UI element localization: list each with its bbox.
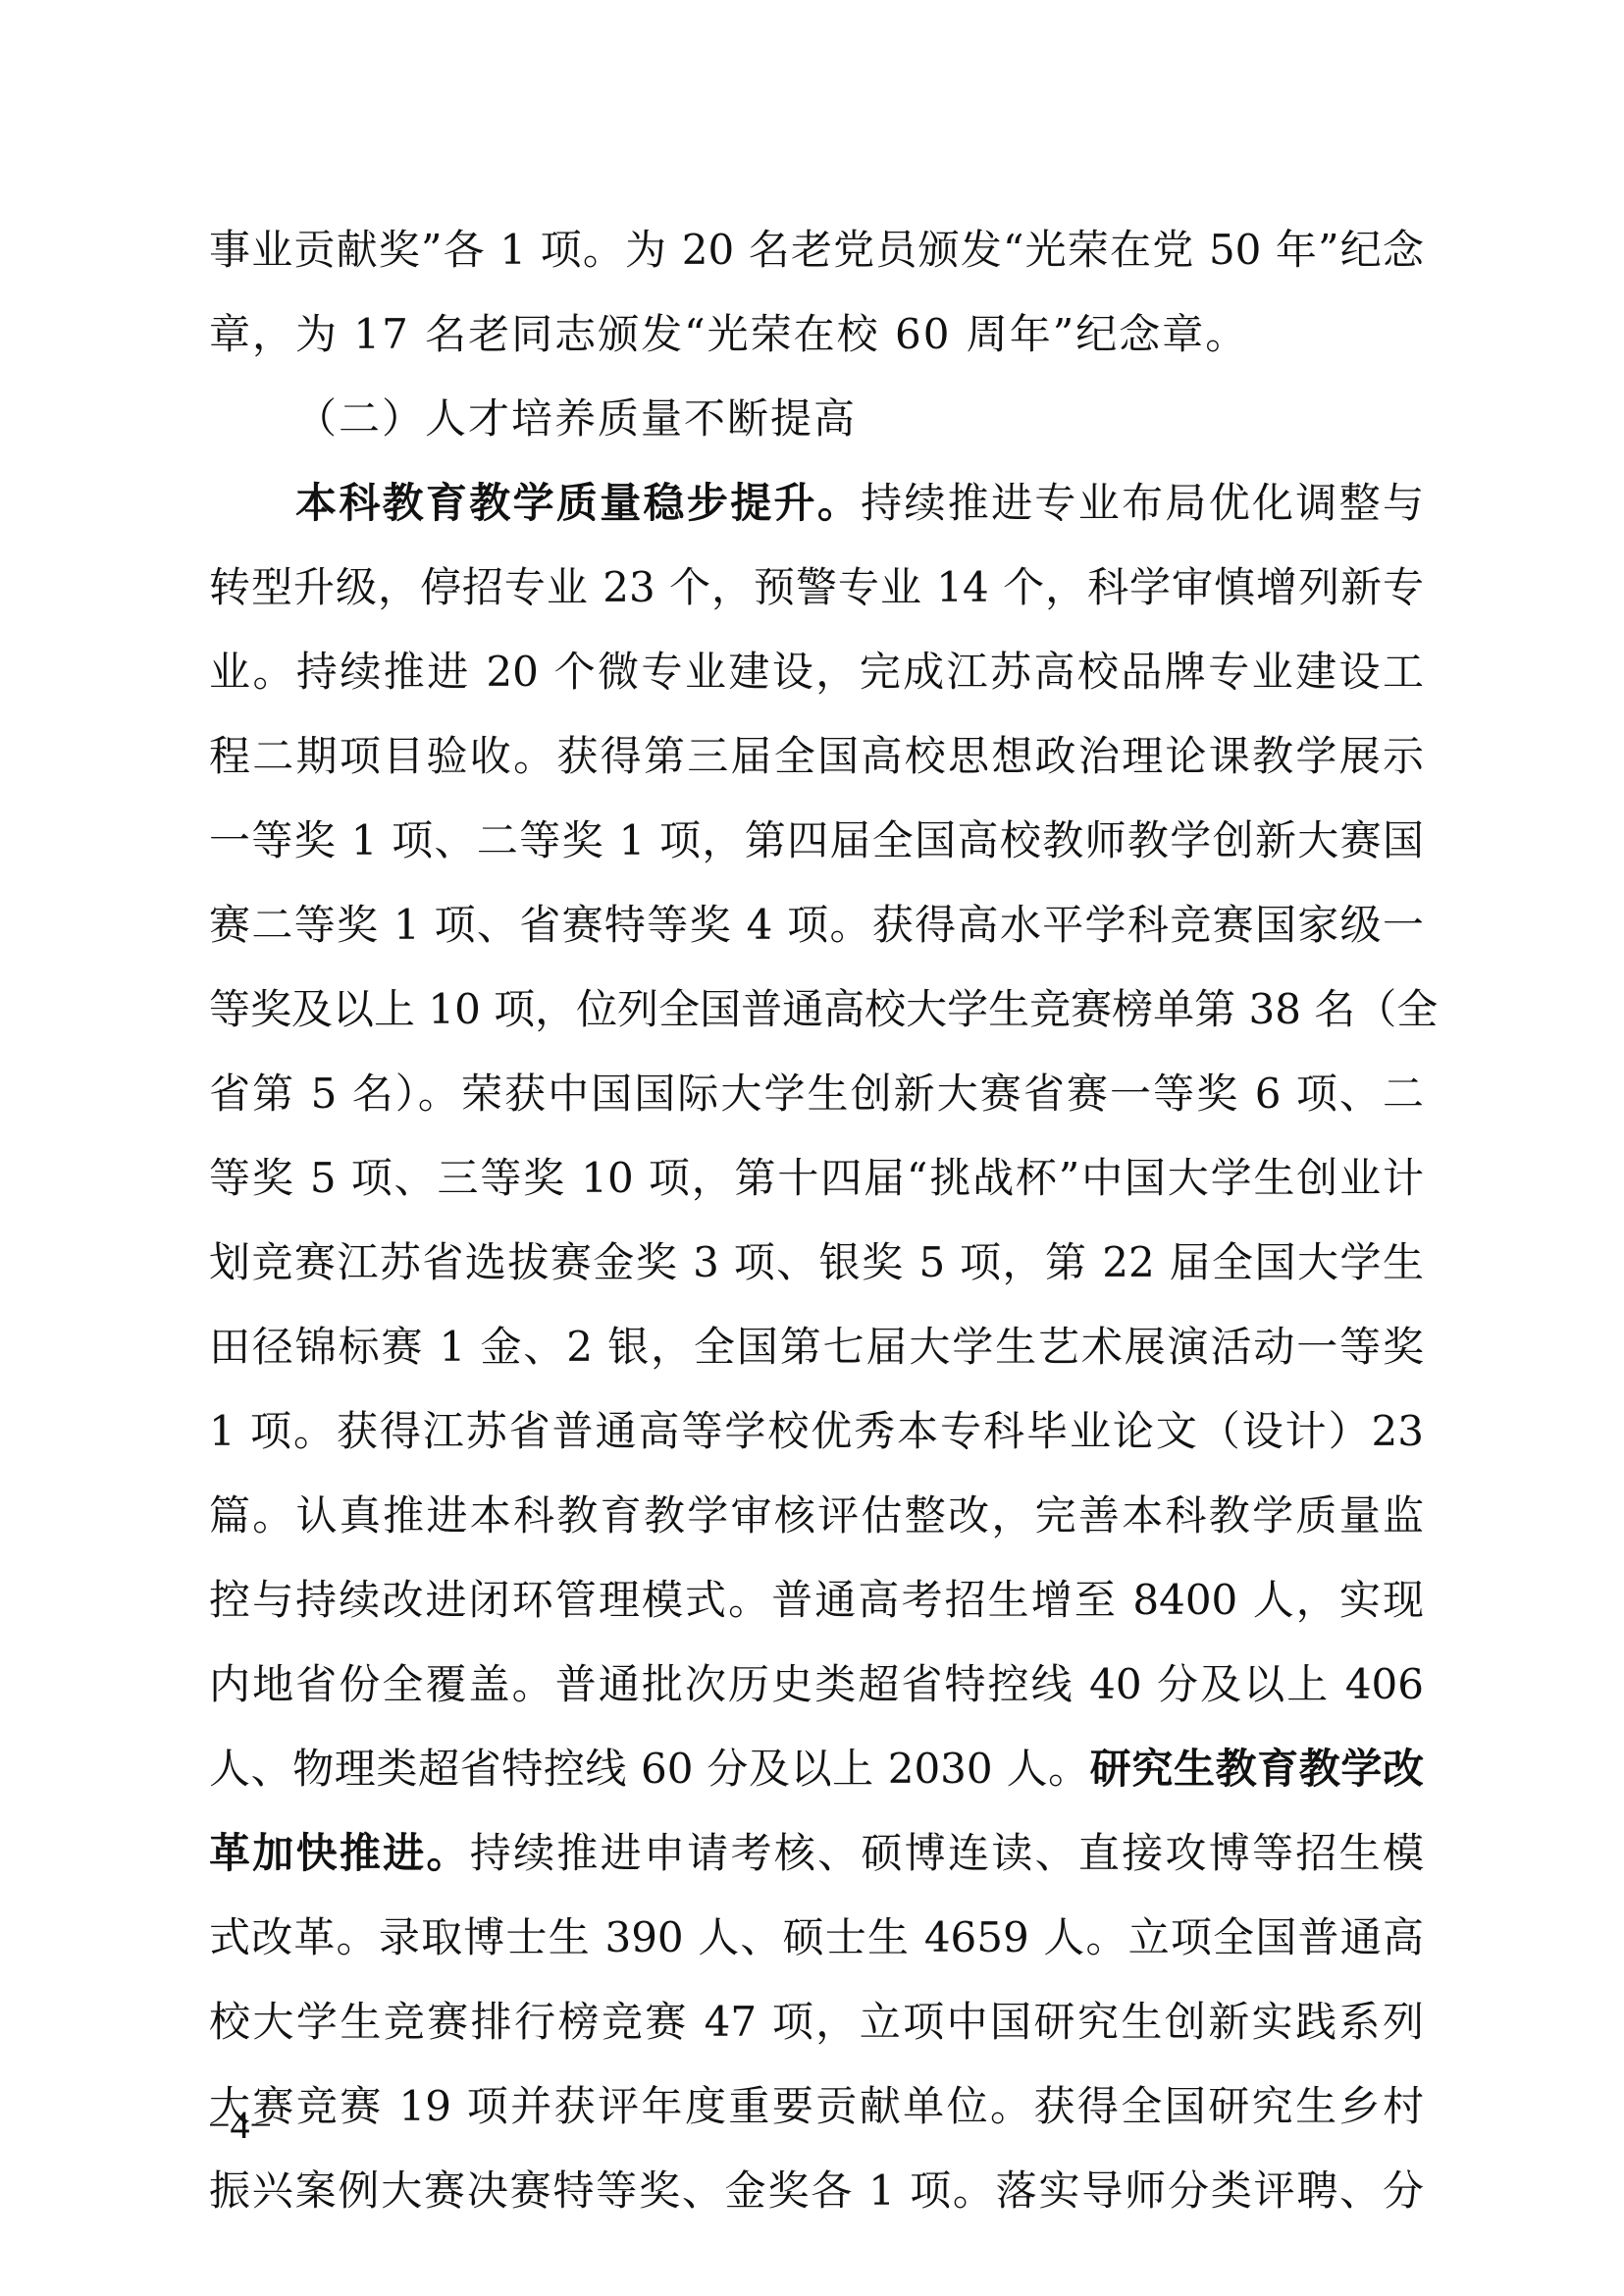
- text-segment: 程二期项目验收。获得第三届全国高校思想政治理论课教学展示: [209, 732, 1424, 780]
- paragraph-line: 省第 5 名）。荣获中国国际大学生创新大赛省赛一等奖 6 项、二: [209, 1052, 1424, 1136]
- text-segment: 内地省份全覆盖。普通批次历史类超省特控线 40 分及以上 406: [209, 1660, 1424, 1708]
- paragraph-line: 一等奖 1 项、二等奖 1 项，第四届全国高校教师教学创新大赛国: [209, 799, 1424, 883]
- text-segment: 篇。认真推进本科教育教学审核评估整改，完善本科教学质量监: [209, 1491, 1424, 1539]
- paragraph-line: 赛二等奖 1 项、省赛特等奖 4 项。获得高水平学科竞赛国家级一: [209, 883, 1424, 967]
- paragraph-line: 划竞赛江苏省选拔赛金奖 3 项、银奖 5 项，第 22 届全国大学生: [209, 1221, 1424, 1305]
- text-segment: 田径锦标赛 1 金、2 银，全国第七届大学生艺术展演活动一等奖: [209, 1323, 1424, 1371]
- section-heading-text: （二）人才培养质量不断提高: [295, 394, 857, 443]
- paragraph-line: 等奖及以上 10 项，位列全国普通高校大学生竞赛榜单第 38 名（全: [209, 967, 1424, 1052]
- text-segment: 赛二等奖 1 项、省赛特等奖 4 项。获得高水平学科竞赛国家级一: [209, 901, 1424, 949]
- text-segment: 省第 5 名）。荣获中国国际大学生创新大赛省赛一等奖 6 项、二: [209, 1070, 1424, 1118]
- bold-lead-phrase: 革加快推进。: [209, 1829, 470, 1877]
- document-body: 事业贡献奖”各 1 项。为 20 名老党员颁发“光荣在党 50 年”纪念 章，为…: [209, 208, 1424, 2233]
- paragraph-line: 1 项。获得江苏省普通高等学校优秀本专科毕业论文（设计）23: [209, 1389, 1424, 1474]
- paragraph-line: 等奖 5 项、三等奖 10 项，第十四届“挑战杯”中国大学生创业计: [209, 1136, 1424, 1221]
- paragraph-line: 业。持续推进 20 个微专业建设，完成江苏高校品牌专业建设工: [209, 630, 1424, 714]
- paragraph-line: 革加快推进。持续推进申请考核、硕博连读、直接攻博等招生模: [209, 1811, 1424, 1896]
- text-segment: 等奖 5 项、三等奖 10 项，第十四届“挑战杯”中国大学生创业计: [209, 1154, 1424, 1202]
- text-segment: 振兴案例大赛决赛特等奖、金奖各 1 项。落实导师分类评聘、分: [209, 2166, 1424, 2215]
- paragraph-line: 田径锦标赛 1 金、2 银，全国第七届大学生艺术展演活动一等奖: [209, 1305, 1424, 1389]
- text-segment: 大赛竞赛 19 项并获评年度重要贡献单位。获得全国研究生乡村: [209, 2082, 1424, 2130]
- paragraph-line: 篇。认真推进本科教育教学审核评估整改，完善本科教学质量监: [209, 1474, 1424, 1558]
- bold-lead-phrase: 研究生教育教学改: [1090, 1745, 1424, 1793]
- page-number: −4−: [208, 2098, 272, 2153]
- text-segment: 章，为 17 名老同志颁发“光荣在校 60 周年”纪念章。: [209, 310, 1248, 358]
- text-segment: 持续推进申请考核、硕博连读、直接攻博等招生模: [470, 1829, 1424, 1877]
- bold-lead-phrase: 本科教育教学质量稳步提升。: [295, 479, 861, 527]
- paragraph-line: 大赛竞赛 19 项并获评年度重要贡献单位。获得全国研究生乡村: [209, 2064, 1424, 2149]
- paragraph-line: 转型升级，停招专业 23 个，预警专业 14 个，科学审慎增列新专: [209, 546, 1424, 630]
- paragraph-line: 章，为 17 名老同志颁发“光荣在校 60 周年”纪念章。: [209, 292, 1424, 377]
- text-segment: 人、物理类超省特控线 60 分及以上 2030 人。: [209, 1745, 1090, 1793]
- text-segment: 业。持续推进 20 个微专业建设，完成江苏高校品牌专业建设工: [209, 648, 1424, 696]
- paragraph-line: 校大学生竞赛排行榜竞赛 47 项，立项中国研究生创新实践系列: [209, 1980, 1424, 2064]
- text-segment: 一等奖 1 项、二等奖 1 项，第四届全国高校教师教学创新大赛国: [209, 816, 1424, 864]
- paragraph-line: 振兴案例大赛决赛特等奖、金奖各 1 项。落实导师分类评聘、分: [209, 2149, 1424, 2233]
- text-segment: 式改革。录取博士生 390 人、硕士生 4659 人。立项全国普通高: [209, 1913, 1424, 1961]
- paragraph-line: 本科教育教学质量稳步提升。持续推进专业布局优化调整与: [209, 461, 1424, 546]
- text-segment: 校大学生竞赛排行榜竞赛 47 项，立项中国研究生创新实践系列: [209, 1998, 1424, 2046]
- text-segment: 持续推进专业布局优化调整与: [861, 479, 1424, 527]
- text-segment: 控与持续改进闭环管理模式。普通高考招生增至 8400 人，实现: [209, 1576, 1424, 1624]
- paragraph-line: 程二期项目验收。获得第三届全国高校思想政治理论课教学展示: [209, 714, 1424, 799]
- paragraph-line: 式改革。录取博士生 390 人、硕士生 4659 人。立项全国普通高: [209, 1896, 1424, 1980]
- text-segment: 事业贡献奖”各 1 项。为 20 名老党员颁发“光荣在党 50 年”纪念: [209, 226, 1424, 274]
- paragraph-line: 事业贡献奖”各 1 项。为 20 名老党员颁发“光荣在党 50 年”纪念: [209, 208, 1424, 292]
- text-segment: 等奖及以上 10 项，位列全国普通高校大学生竞赛榜单第 38 名（全: [209, 985, 1438, 1033]
- paragraph-line: 人、物理类超省特控线 60 分及以上 2030 人。研究生教育教学改: [209, 1727, 1424, 1811]
- paragraph-line: 控与持续改进闭环管理模式。普通高考招生增至 8400 人，实现: [209, 1558, 1424, 1643]
- text-segment: 1 项。获得江苏省普通高等学校优秀本专科毕业论文（设计）23: [209, 1407, 1424, 1455]
- text-segment: 划竞赛江苏省选拔赛金奖 3 项、银奖 5 项，第 22 届全国大学生: [209, 1238, 1424, 1286]
- paragraph-line: 内地省份全覆盖。普通批次历史类超省特控线 40 分及以上 406: [209, 1643, 1424, 1727]
- section-heading: （二）人才培养质量不断提高: [209, 377, 1424, 461]
- text-segment: 转型升级，停招专业 23 个，预警专业 14 个，科学审慎增列新专: [209, 563, 1424, 611]
